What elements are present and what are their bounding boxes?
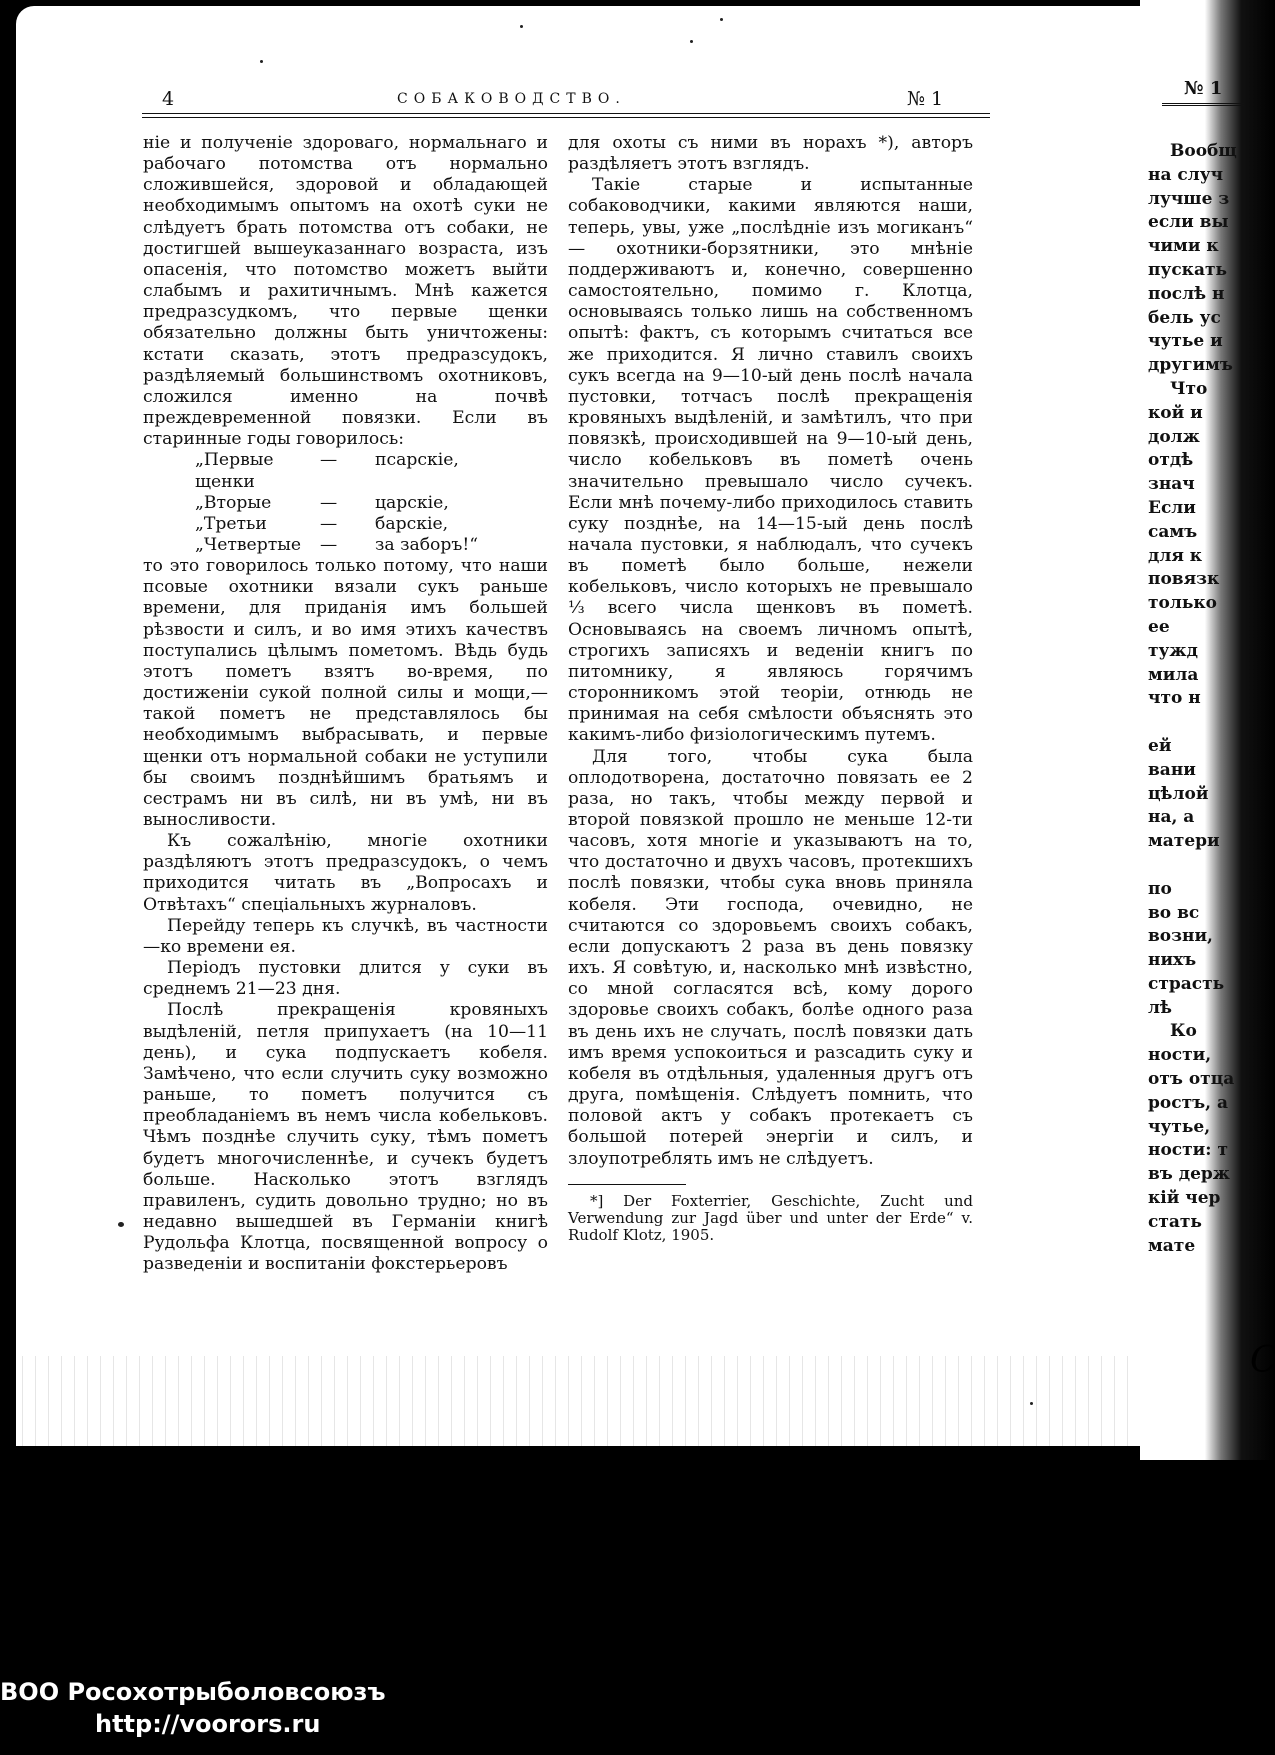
neighbor-line: отдѣ (1148, 449, 1275, 473)
neighbor-line: кой и (1148, 402, 1275, 426)
watermark-url: http://voorors.ru (0, 1708, 600, 1740)
verse-part: — (320, 535, 375, 556)
running-head: 4 СОБАКОВОДСТВО. № 1 (142, 88, 1002, 110)
header-double-rule (142, 113, 990, 118)
verse-line: „Первые щенки—псарскіе, (195, 450, 548, 492)
neighbor-line: пускать (1148, 259, 1275, 283)
neighbor-ink-mark: C (1250, 1340, 1275, 1381)
neighbor-line: стать (1148, 1211, 1275, 1235)
verse-quote: „Первые щенки—псарскіе,„Вторые—царскіе,„… (143, 450, 548, 556)
neighbor-line: чутье и (1148, 330, 1275, 354)
neighbor-line: ности, (1148, 1044, 1275, 1068)
neighbor-line: только (1148, 592, 1275, 616)
footnote-rule (568, 1184, 686, 1185)
footnote: *] Der Foxterrier, Geschichte, Zucht und… (568, 1193, 973, 1244)
paragraph: Послѣ прекращенія кровяныхъ выдѣленій, п… (143, 1000, 548, 1275)
neighbor-line: мате (1148, 1235, 1275, 1259)
neighbor-line: нихъ (1148, 949, 1275, 973)
verse-part: „Четвертые (195, 535, 320, 556)
neighbor-line: Вообщ (1148, 140, 1275, 164)
neighbor-line: матери (1148, 830, 1275, 854)
paragraph: Перейду теперь къ случкѣ, въ частности—к… (143, 916, 548, 958)
neighbor-page-edge: № 1 Вообщна случлучше зесли вычими кпуск… (1140, 0, 1275, 1460)
verse-part: царскіе, (375, 493, 548, 514)
paragraph: ніе и полученіе здороваго, нормальнаго и… (143, 133, 548, 450)
left-column: ніе и полученіе здороваго, нормальнаго и… (143, 133, 548, 1275)
paragraph: Къ сожалѣнію, многіе охотники раздѣляютъ… (143, 831, 548, 916)
neighbor-line: самъ (1148, 521, 1275, 545)
neighbor-line: Что (1148, 378, 1275, 402)
neighbor-line: ростъ, а (1148, 1092, 1275, 1116)
verse-part: псарскіе, (375, 450, 548, 492)
paragraph: Такіе старые и испытанные собаководчики,… (568, 175, 973, 746)
neighbor-line: во вс (1148, 902, 1275, 926)
neighbor-line: повязк (1148, 568, 1275, 592)
neighbor-line: возни, (1148, 925, 1275, 949)
verse-part: барскіе, (375, 514, 548, 535)
neighbor-line: чими к (1148, 235, 1275, 259)
neighbor-line: лѣ (1148, 997, 1275, 1021)
neighbor-line: лучше з (1148, 188, 1275, 212)
paragraph: Періодъ пустовки длится у суки въ средне… (143, 958, 548, 1000)
neighbor-issue-number: № 1 (1162, 78, 1244, 106)
neighbor-line: чутье, (1148, 1116, 1275, 1140)
watermark: ВОО Росохотрыболовсоюзъ http://voorors.r… (0, 1676, 600, 1740)
right-column: для охоты съ ними въ норахъ *), авторъ р… (568, 133, 973, 1244)
neighbor-line: знач (1148, 473, 1275, 497)
neighbor-line: что н (1148, 687, 1275, 711)
neighbor-line (1148, 711, 1275, 735)
paragraph: Для того, чтобы сука была оплодотворена,… (568, 747, 973, 1170)
neighbor-line: въ держ (1148, 1163, 1275, 1187)
journal-title: СОБАКОВОДСТВО. (397, 91, 626, 107)
neighbor-line: по (1148, 878, 1275, 902)
verse-part: „Третьи (195, 514, 320, 535)
neighbor-line: бель ус (1148, 307, 1275, 331)
neighbor-line: ей (1148, 735, 1275, 759)
neighbor-line: Ко (1148, 1020, 1275, 1044)
issue-number: № 1 (907, 88, 943, 110)
neighbor-line: Если (1148, 497, 1275, 521)
page-number: 4 (162, 88, 174, 110)
verse-line: „Вторые—царскіе, (195, 493, 548, 514)
neighbor-line: на, а (1148, 806, 1275, 830)
neighbor-line: если вы (1148, 211, 1275, 235)
neighbor-line: страсть (1148, 973, 1275, 997)
neighbor-line (1148, 854, 1275, 878)
neighbor-line: отъ отца (1148, 1068, 1275, 1092)
neighbor-line: вани (1148, 759, 1275, 783)
verse-part: „Вторые (195, 493, 320, 514)
verse-part: „Первые щенки (195, 450, 320, 492)
neighbor-line: цѣлой (1148, 783, 1275, 807)
verse-part: за заборъ!“ (375, 535, 548, 556)
neighbor-line: ее (1148, 616, 1275, 640)
watermark-org: ВОО Росохотрыболовсоюзъ (0, 1676, 600, 1708)
paragraph: то это говорилось только потому, что наш… (143, 556, 548, 831)
verse-part: — (320, 514, 375, 535)
verse-part: — (320, 493, 375, 514)
neighbor-line: на случ (1148, 164, 1275, 188)
paragraph: для охоты съ ними въ норахъ *), авторъ р… (568, 133, 973, 175)
neighbor-line: кій чер (1148, 1187, 1275, 1211)
verse-part: — (320, 450, 375, 492)
neighbor-line: для к (1148, 545, 1275, 569)
neighbor-text-fragment: Вообщна случлучше зесли вычими кпускатьп… (1148, 140, 1275, 1258)
verse-line: „Третьи—барскіе, (195, 514, 548, 535)
neighbor-line: долж (1148, 426, 1275, 450)
neighbor-line: мила (1148, 664, 1275, 688)
neighbor-line: послѣ н (1148, 283, 1275, 307)
neighbor-line: другимъ (1148, 354, 1275, 378)
verse-line: „Четвертые—за заборъ!“ (195, 535, 548, 556)
neighbor-line: тужд (1148, 640, 1275, 664)
neighbor-line: ности: т (1148, 1139, 1275, 1163)
